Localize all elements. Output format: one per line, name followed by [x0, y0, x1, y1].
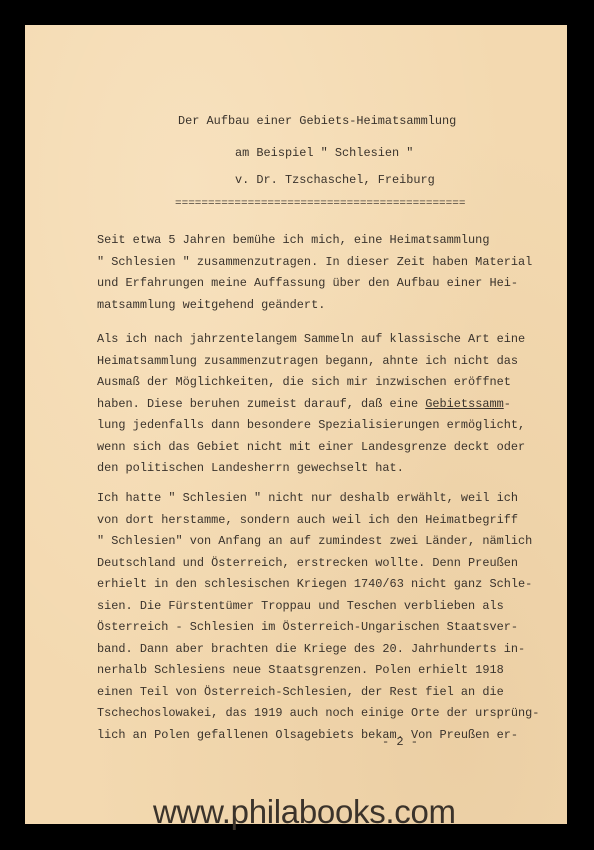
text-line: band. Dann aber brachten die Kriege des … [97, 642, 525, 656]
text-line: Tschechoslowakei, das 1919 auch noch ein… [97, 706, 539, 720]
text-line: haben. Diese beruhen zumeist darauf, daß… [97, 397, 511, 411]
text-line: " Schlesien " zusammenzutragen. In diese… [97, 255, 532, 269]
page-number: - 2 - [382, 735, 418, 749]
text-line: lich an Polen gefallenen Olsagebiets bek… [97, 728, 518, 742]
text-line: lung jedenfalls dann besondere Spezialis… [97, 418, 525, 432]
text-line: Seit etwa 5 Jahren bemühe ich mich, eine… [97, 233, 489, 247]
text-line: Heimatsammlung zusammenzutragen begann, … [97, 354, 518, 368]
text-line: einen Teil von Österreich-Schlesien, der… [97, 685, 504, 699]
text-line: Als ich nach jahrzentelangem Sammeln auf… [97, 332, 525, 346]
text-line: den politischen Landesherrn gewechselt h… [97, 461, 404, 475]
document-page: Der Aufbau einer Gebiets-Heimatsammlung … [25, 25, 567, 824]
text-line: " Schlesien" von Anfang an auf zumindest… [97, 534, 532, 548]
document-title: Der Aufbau einer Gebiets-Heimatsammlung [178, 114, 456, 128]
text-line: wenn sich das Gebiet nicht mit einer Lan… [97, 440, 525, 454]
document-subtitle: am Beispiel " Schlesien " [235, 146, 413, 160]
title-rule: ========================================… [175, 198, 465, 210]
underlined-word: Gebietssamm [425, 397, 504, 411]
text-line: und Erfahrungen meine Auffassung über de… [97, 276, 518, 290]
text-line: Ausmaß der Möglichkeiten, die sich mir i… [97, 375, 511, 389]
text-line: sien. Die Fürstentümer Troppau und Tesch… [97, 599, 504, 613]
text-line: Deutschland und Österreich, erstrecken w… [97, 556, 518, 570]
watermark-url: www.philabooks.com [153, 793, 456, 831]
text-line: matsammlung weitgehend geändert. [97, 298, 325, 312]
text-line: Ich hatte " Schlesien " nicht nur deshal… [97, 491, 518, 505]
document-author: v. Dr. Tzschaschel, Freiburg [235, 173, 435, 187]
text-line: von dort herstamme, sondern auch weil ic… [97, 513, 518, 527]
text-line: nerhalb Schlesiens neue Staatsgrenzen. P… [97, 663, 504, 677]
text-line: erhielt in den schlesischen Kriegen 1740… [97, 577, 532, 591]
text-line: Österreich - Schlesien im Österreich-Ung… [97, 620, 518, 634]
